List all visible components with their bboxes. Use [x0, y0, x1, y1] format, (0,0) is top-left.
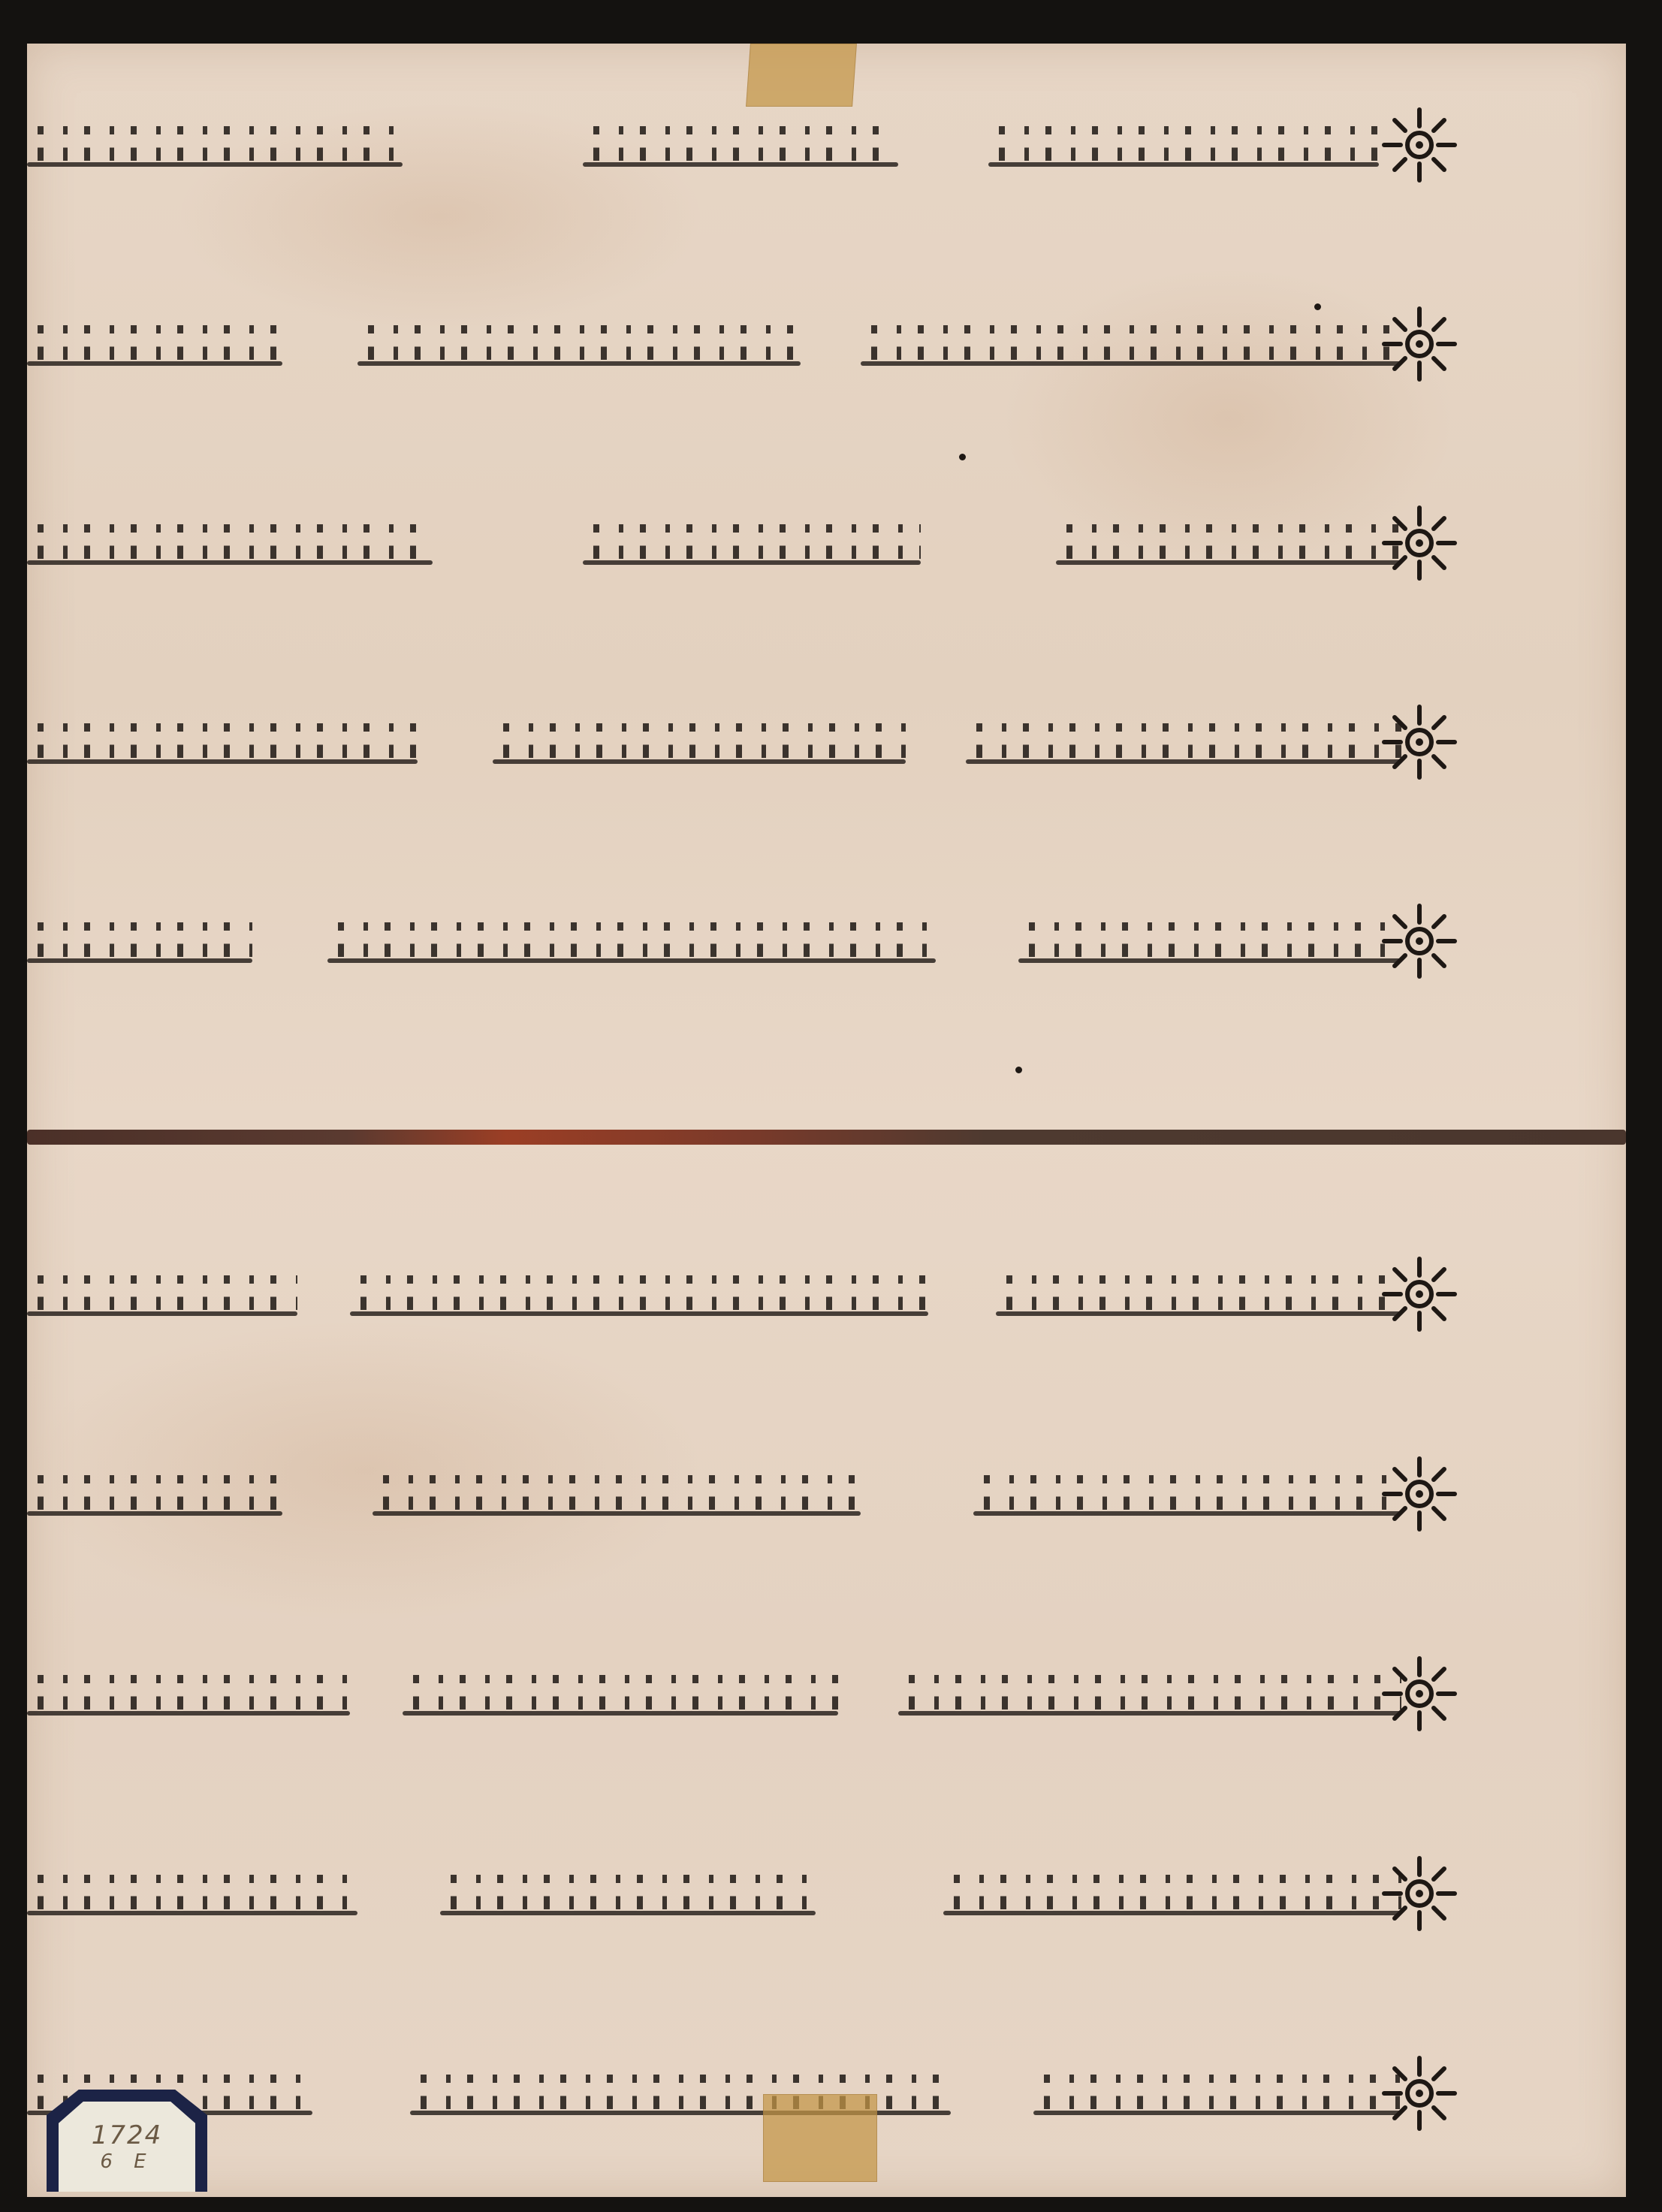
rosette-ornament-icon	[1378, 1852, 1461, 1935]
rosette-ornament-icon	[1378, 1253, 1461, 1335]
rosette-ornament-icon	[1378, 502, 1461, 584]
script-baseline	[27, 361, 282, 366]
script-baseline	[1018, 958, 1401, 963]
catalogue-label: 1724 6 E	[47, 2090, 207, 2192]
script-baseline	[327, 958, 936, 963]
ink-dot	[959, 454, 966, 460]
script-baseline	[943, 1911, 1401, 1915]
script-baseline	[350, 1311, 928, 1316]
script-baseline	[27, 759, 418, 764]
script-line	[27, 1845, 1626, 1942]
script-baseline	[583, 162, 898, 167]
rosette-ornament-icon	[1378, 104, 1461, 186]
script-baseline	[357, 361, 801, 366]
script-line	[27, 494, 1626, 592]
script-baseline	[973, 1511, 1401, 1516]
script-line	[27, 96, 1626, 194]
red-divider-line	[27, 1130, 1626, 1145]
script-line	[27, 693, 1626, 791]
rosette-ornament-icon	[1378, 303, 1461, 385]
catalogue-number: 1724	[92, 2120, 163, 2150]
script-baseline	[27, 1511, 282, 1516]
script-baseline	[27, 1711, 350, 1716]
script-line	[27, 1445, 1626, 1543]
script-line	[27, 295, 1626, 393]
rosette-ornament-icon	[1378, 1652, 1461, 1735]
script-line	[27, 1645, 1626, 1743]
script-baseline	[988, 162, 1379, 167]
script-baseline	[583, 560, 921, 565]
script-baseline	[440, 1911, 816, 1915]
tape-bottom	[763, 2094, 877, 2182]
script-baseline	[27, 1911, 357, 1915]
script-baseline	[27, 162, 403, 167]
script-line	[27, 1245, 1626, 1343]
rosette-ornament-icon	[1378, 701, 1461, 783]
script-baseline	[1056, 560, 1401, 565]
script-baseline	[493, 759, 906, 764]
script-baseline	[373, 1511, 861, 1516]
rosette-ornament-icon	[1378, 900, 1461, 982]
ink-dot	[1314, 303, 1321, 310]
rosette-ornament-icon	[1378, 1453, 1461, 1535]
script-baseline	[898, 1711, 1401, 1716]
rosette-ornament-icon	[1378, 2052, 1461, 2135]
script-baseline	[966, 759, 1401, 764]
script-baseline	[1033, 2111, 1401, 2115]
script-baseline	[861, 361, 1401, 366]
script-baseline	[403, 1711, 838, 1716]
ink-dot	[1015, 1067, 1022, 1073]
script-baseline	[27, 560, 433, 565]
script-line	[27, 892, 1626, 990]
catalogue-subnumber: 6 E	[100, 2150, 153, 2173]
script-baseline	[996, 1311, 1401, 1316]
script-baseline	[27, 1311, 297, 1316]
script-baseline	[27, 958, 252, 963]
manuscript-page	[27, 44, 1626, 2197]
